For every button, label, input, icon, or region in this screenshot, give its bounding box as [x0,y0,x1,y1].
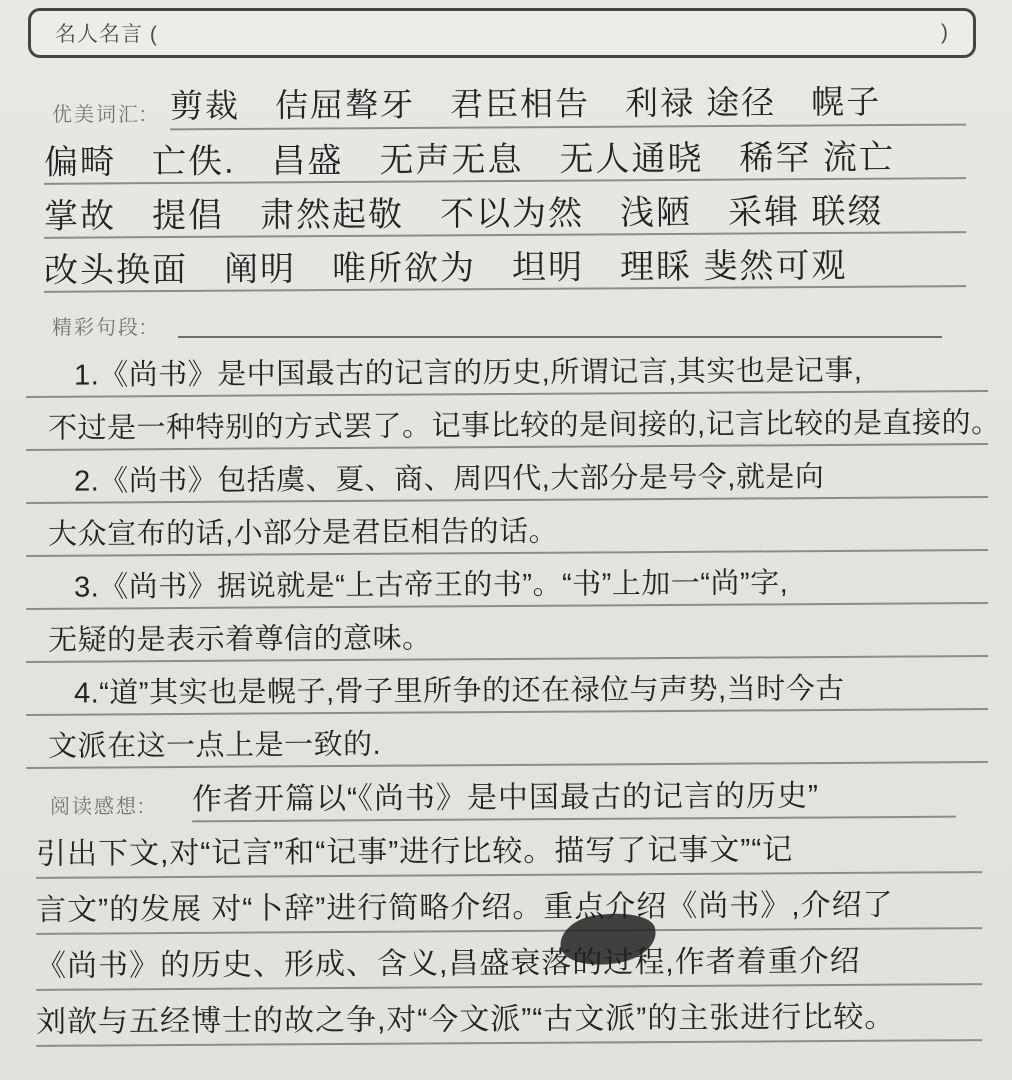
quote-box-label: 名人名言 ( [55,18,158,48]
famous-quote-field: 名人名言 ( ) [28,8,976,58]
handwritten-line: 无疑的是表示着尊信的意味。 [26,604,988,663]
handwritten-line: 4.“道”其实也是幌子,骨子里所争的还在禄位与声势,当时今古 [26,657,988,716]
vocab-section: 优美词汇: 剪裁 佶屈聱牙 君臣相告 利禄 途径 幌子 偏畸 亡佚. 昌盛 无声… [0,74,1012,290]
sentences-lines: 1.《尚书》是中国最古的记言的历史,所谓记言,其实也是记事, 不过是一种特别的方… [0,342,1012,766]
ruled-line [178,336,942,338]
handwritten-line: 文派在这一点上是一致的. [26,710,988,769]
vocab-label: 优美词汇: [52,98,148,127]
vocab-row: 改头换面 阐明 唯所欲为 坦明 理睬 斐然可观 [44,233,966,293]
handwritten-line: 1.《尚书》是中国最古的记言的历史,所谓记言,其实也是记事, [26,339,988,398]
vocab-row: 偏畸 亡佚. 昌盛 无声无息 无人通晓 稀罕 流亡 [44,125,966,185]
reflection-section: 阅读感想: 作者开篇以“《尚书》是中国最古的记言的历史” 引出下文,对“记言”和… [0,772,1012,1044]
handwritten-line: 不过是一种特别的方式罢了。记事比较的是间接的,记言比较的是直接的。 [26,392,988,451]
handwritten-line: 引出下文,对“记言”和“记事”进行比较。描写了记事文”“记 [36,817,982,879]
vocab-row: 掌故 提倡 肃然起敬 不以为然 浅陋 采辑 联缀 [44,179,966,239]
notebook-page: 名人名言 ( ) 优美词汇: 剪裁 佶屈聱牙 君臣相告 利禄 途径 幌子 偏畸 … [0,0,1012,1080]
vocab-row: 剪裁 佶屈聱牙 君臣相告 利禄 途径 幌子 [170,72,966,131]
handwritten-line: 作者开篇以“《尚书》是中国最古的记言的历史” [192,770,956,823]
handwritten-line: 2.《尚书》包括虞、夏、商、周四代,大部分是号令,就是向 [26,445,988,504]
sentences-label-row: 精彩句段: [52,300,942,340]
handwritten-line: 言文”的发展 对“卜辞”进行简略介绍。重点介绍《尚书》,介绍了 [36,873,982,935]
sentences-label: 精彩句段: [52,311,148,340]
quote-box-closing-paren: ) [941,21,949,45]
handwritten-line: 《尚书》的历史、形成、含义,昌盛衰落的过程,作者着重介绍 [36,929,982,991]
handwritten-line: 刘歆与五经博士的故之争,对“今文派”“古文派”的主张进行比较。 [36,985,982,1047]
handwritten-line: 大众宣布的话,小部分是君臣相告的话。 [26,498,988,557]
sentences-section: 精彩句段: 1.《尚书》是中国最古的记言的历史,所谓记言,其实也是记事, 不过是… [0,300,1012,766]
handwritten-line: 3.《尚书》据说就是“上古帝王的书”。“书”上加一“尚”字, [26,551,988,610]
reflection-label: 阅读感想: [50,790,146,819]
